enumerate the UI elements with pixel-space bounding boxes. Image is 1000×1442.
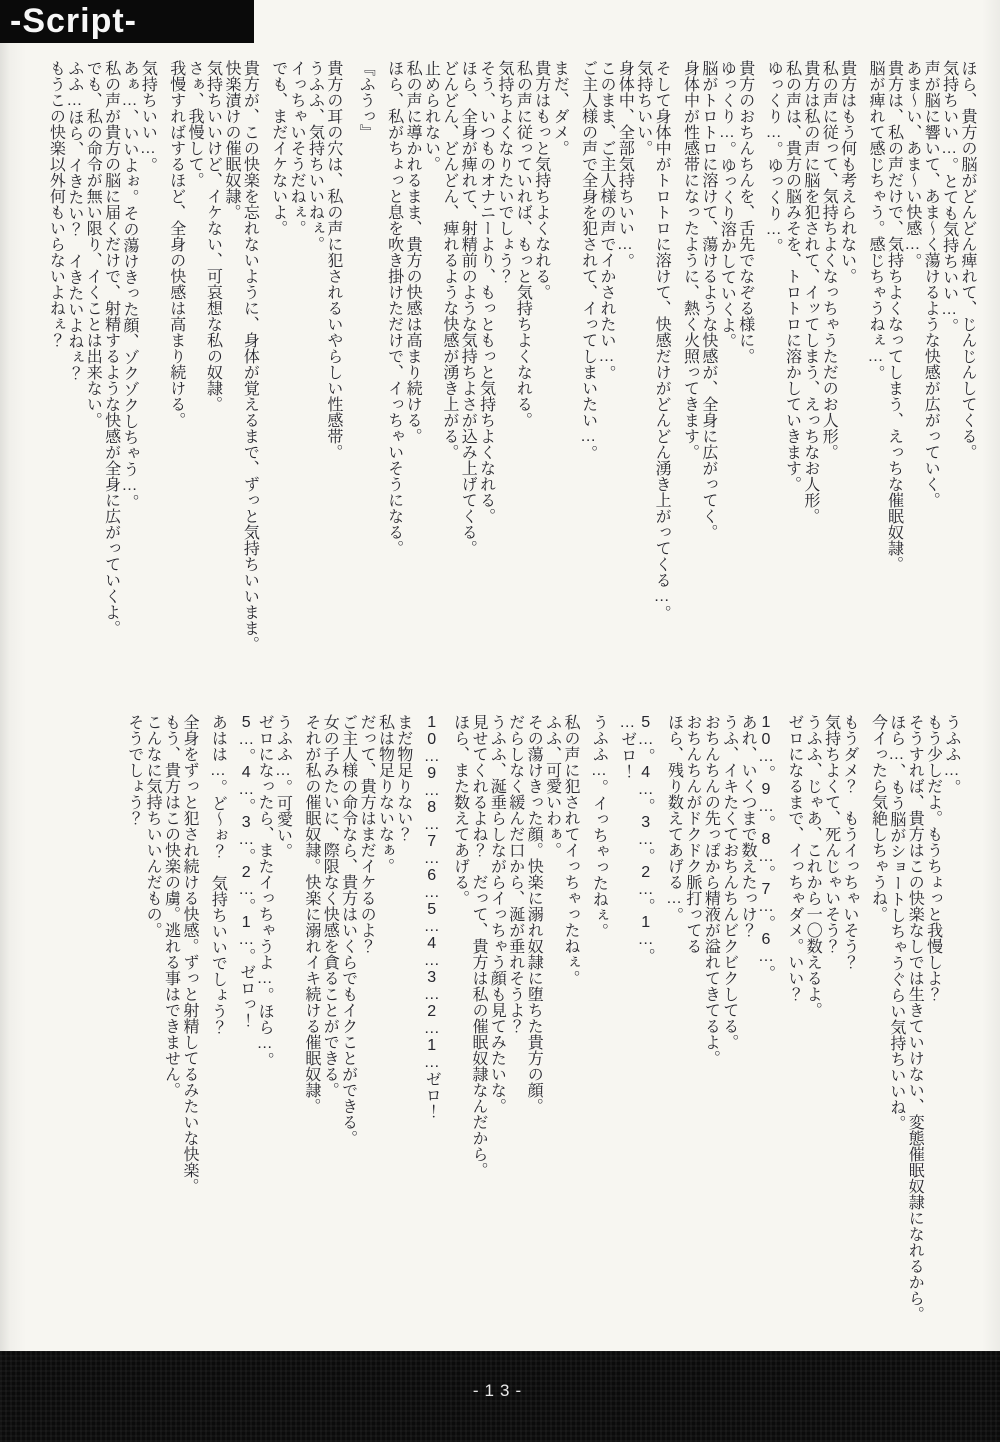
script-paragraph: まだ物足りない？ 私は物足りないなぁ。 だって、貴方はまだイケるのよ？ ご主人様… <box>302 714 412 1348</box>
page-number: -13- <box>0 1381 1000 1401</box>
script-paragraph: 全身をずっと犯され続ける快感。ずっと射精してるみたいな快楽。 もう、貴方はこの快… <box>124 714 198 1348</box>
script-paragraph: 『ふうっ』 <box>356 60 374 710</box>
script-header-banner: -Script- <box>0 0 254 43</box>
script-paragraph: 貴方のおちんちんを、舌先でなぞる様に。 ゆっくり…。ゆっくり溶かしていくよ。 脳… <box>680 60 754 710</box>
script-paragraph: あはは…。ど〜ぉ？ 気持ちいいでしょう？ <box>208 714 226 1348</box>
script-paragraph: うふふ…。イっちゃったねぇ。 <box>589 714 607 1348</box>
script-paragraph: 貴方はもう何も考えられない。 私の声に従って、気持ちよくなっちゃうただのお人形。… <box>764 60 856 710</box>
script-paragraph: 私の声に犯されてイっちゃったねぇ。 ふふ、可愛いわぁ。 その蕩けきった顔。快楽に… <box>450 714 579 1348</box>
script-paragraph: 10…。9…。8…。7…。6…。 あれ、いくつまで数えたっけ？ うふ、イキたくて… <box>664 714 774 1348</box>
script-paragraph: うふふ…。 もう少しだよ。もうちょっと我慢しよ？ そうすれば、貴方はこの快楽なし… <box>868 714 960 1348</box>
script-paragraph: 気持ちいい…。 あぁ…、いいよぉ。その蕩けきった顔、ゾクゾクしちゃう…。 私の声… <box>46 60 156 710</box>
script-paragraph: もうダメ？ もうイっちゃいそう？ 気持ちよくて、死んじゃいそう？ うふふ、じゃあ… <box>784 714 858 1348</box>
script-paragraph: そして身体中がトロトロに溶けて、快感だけがどんどん湧き上がってくる…。 気持ちい… <box>578 60 670 710</box>
script-paragraph: まだ、ダメ。 貴方はもっと気持ちよくなれる。 私の声に従っていれば、もっと気持ち… <box>384 60 568 710</box>
script-paragraph: 5…。4…。3…。2…。1…。 …ゼロ！ <box>617 714 654 1348</box>
script-paragraph: うふふ…。可愛い。 ゼロになったら、またイっちゃうよ…。ほら…。 5…。4…。3… <box>236 714 291 1348</box>
footer-bar: -13- <box>0 1351 1000 1442</box>
scanned-script-page: -Script- ほら、貴方の脳がどんどん痺れて、じんじんしてくる。 気持ちいい… <box>0 0 1000 1442</box>
script-paragraph: 貴方が、この快楽を忘れないように、身体が覚えるまで、ずっと気持ちいいまま。 快楽… <box>166 60 258 710</box>
script-text-bottom: うふふ…。 もう少しだよ。もうちょっと我慢しよ？ そうすれば、貴方はこの快楽なし… <box>124 714 960 1348</box>
script-paragraph: 貴方の耳の穴は、私の声に犯されるいやらしい性感帯。 うふふ、気持ちいいねぇ。 イ… <box>268 60 342 710</box>
script-text-top: ほら、貴方の脳がどんどん痺れて、じんじんしてくる。 気持ちいい…。とても気持ちい… <box>46 60 976 710</box>
script-paragraph: ほら、貴方の脳がどんどん痺れて、じんじんしてくる。 気持ちいい…。とても気持ちい… <box>866 60 976 710</box>
script-header-label: -Script- <box>10 2 137 41</box>
script-paragraph: 10…9…8…7…6…5…4…3…2…1…ゼロ！ <box>422 714 440 1348</box>
